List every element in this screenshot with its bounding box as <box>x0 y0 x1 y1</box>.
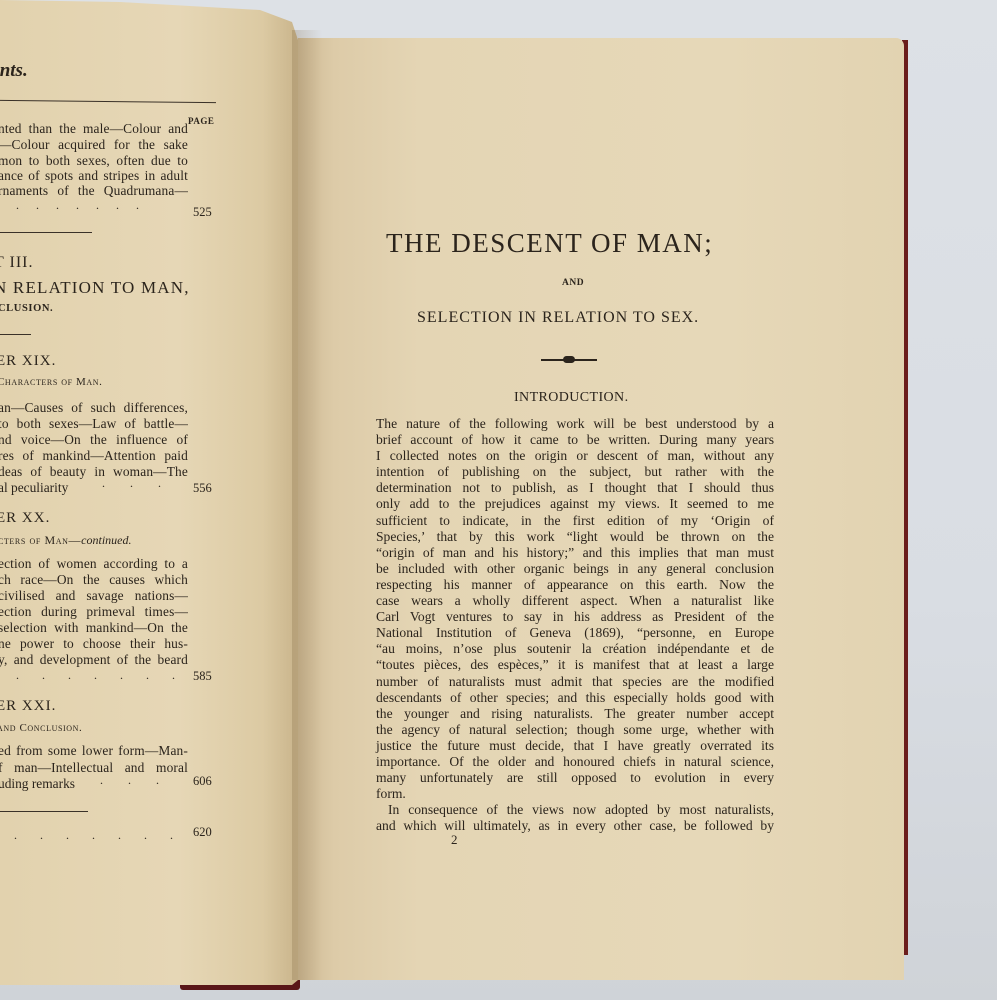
text-line: Species,’ that by this work “light would… <box>376 529 774 545</box>
subheading-text: cters of Man— <box>0 533 81 547</box>
toc-line: to both sexes—Law of battle— <box>0 416 188 432</box>
chapter-heading: ER XX. <box>0 510 50 527</box>
toc-line: res of mankind—Attention paid <box>0 448 188 464</box>
toc-line: uding remarks <box>0 776 75 792</box>
section-rule <box>0 811 88 812</box>
text-line: and which will ultimately, as in every o… <box>376 818 774 834</box>
toc-line: rnaments of the Quadrumana— <box>0 183 188 199</box>
toc-line: an—Causes of such differences, <box>0 400 188 416</box>
part-title: N RELATION TO MAN, <box>0 278 190 298</box>
text-line: “au moins, n’ose plus soutenir la créati… <box>376 641 774 657</box>
text-line: “origin of man and his history;” and thi… <box>376 545 774 561</box>
leader-dots: . . . <box>100 773 159 788</box>
page-number: 620 <box>193 825 212 840</box>
page-column-label: PAGE <box>188 116 214 126</box>
toc-line: ance of spots and stripes in adult <box>0 168 188 184</box>
introduction-text: The nature of the following work will be… <box>376 416 774 834</box>
leader-dots: . . . <box>102 476 161 491</box>
toc-line: ed from some lower form—Man- <box>0 743 188 759</box>
toc-line: nd voice—On the influence of <box>0 432 188 448</box>
left-page: tents. PAGE nted than the male—Colour an… <box>0 0 298 985</box>
chapter-subheading: and Conclusion. <box>0 722 82 734</box>
toc-line: mon to both sexes, often due to <box>0 153 188 169</box>
text-line: form. <box>376 786 774 802</box>
chapter-heading: ER XXI. <box>0 698 56 715</box>
header-rule <box>0 100 216 103</box>
text-line: the younger and rising naturalists. The … <box>376 706 774 722</box>
page-number: 606 <box>193 774 212 789</box>
toc-line: ection during primeval times— <box>0 604 188 620</box>
text-line: be included with other organic beings in… <box>376 561 774 577</box>
signature-mark: 2 <box>451 832 458 848</box>
paragraph-2: In consequence of the views now adopted … <box>376 802 774 834</box>
text-line: descendants of other species; and this e… <box>376 690 774 706</box>
page-number: 556 <box>193 481 212 496</box>
book-title: THE DESCENT OF MAN; <box>386 228 713 259</box>
book-subtitle: SELECTION IN RELATION TO SEX. <box>417 309 699 327</box>
leader-dots: . . . . . . . <box>14 828 173 843</box>
text-line: respecting his manner of appearance on t… <box>376 577 774 593</box>
toc-line: f man—Intellectual and moral <box>0 760 188 776</box>
gutter-shadow <box>292 30 322 980</box>
part-subtitle: CLUSION. <box>0 303 53 314</box>
toc-line: selection with mankind—On the <box>0 620 188 636</box>
text-line: determination not to publish, as I thoug… <box>376 480 774 496</box>
toc-line: civilised and savage nations— <box>0 588 188 604</box>
section-rule <box>0 232 92 233</box>
text-line: intention of publishing on the subject, … <box>376 464 774 480</box>
text-line: many unfortunately are still opposed to … <box>376 770 774 786</box>
title-conjunction: AND <box>562 278 584 288</box>
text-line: only add to the prejudices against my vi… <box>376 496 774 512</box>
text-line: In consequence of the views now adopted … <box>376 802 774 818</box>
text-line: “toutes pièces, des espèces,” it is mani… <box>376 657 774 673</box>
part-number: T III. <box>0 254 33 272</box>
text-line: sufficient to indicate, in the first edi… <box>376 513 774 529</box>
text-line: the agency of natural selection; though … <box>376 722 774 738</box>
subheading-italic: continued. <box>81 533 131 547</box>
toc-line: y, and development of the beard <box>0 652 188 668</box>
text-line: importance. Of the older and honoured ch… <box>376 754 774 770</box>
toc-line: ch race—On the causes which <box>0 572 188 588</box>
toc-line: al peculiarity <box>0 480 68 496</box>
leader-dots: . . . . . . . <box>16 668 175 683</box>
toc-line: ection of women according to a <box>0 556 188 572</box>
text-line: number of naturalists must admit that sp… <box>376 674 774 690</box>
text-line: case wears a wholly different aspect. Wh… <box>376 593 774 609</box>
chapter-heading: ER XIX. <box>0 353 56 370</box>
ornament-rule-icon <box>541 355 597 365</box>
text-line: I collected notes on the origin or desce… <box>376 448 774 464</box>
leader-dots: . . . . . . . <box>16 198 139 213</box>
section-heading: INTRODUCTION. <box>514 390 628 406</box>
toc-line: ne power to choose their hus- <box>0 636 188 652</box>
chapter-subheading: Characters of Man. <box>0 376 103 388</box>
chapter-subheading: cters of Man—continued. <box>0 533 131 548</box>
running-head: tents. <box>0 60 28 82</box>
text-line: National Institution of Geneva (1869), “… <box>376 625 774 641</box>
text-line: justice the future must decide, that I h… <box>376 738 774 754</box>
text-line: brief account of how it came to be writt… <box>376 432 774 448</box>
text-line: The nature of the following work will be… <box>376 416 774 432</box>
page-number: 585 <box>193 669 212 684</box>
toc-line: nted than the male—Colour and <box>0 121 188 137</box>
text-line: Carl Vogt ventures to say in his address… <box>376 609 774 625</box>
section-rule <box>0 334 31 335</box>
page-number: 525 <box>193 205 212 220</box>
paragraph-1: The nature of the following work will be… <box>376 416 774 802</box>
toc-line: —Colour acquired for the sake <box>0 137 188 153</box>
